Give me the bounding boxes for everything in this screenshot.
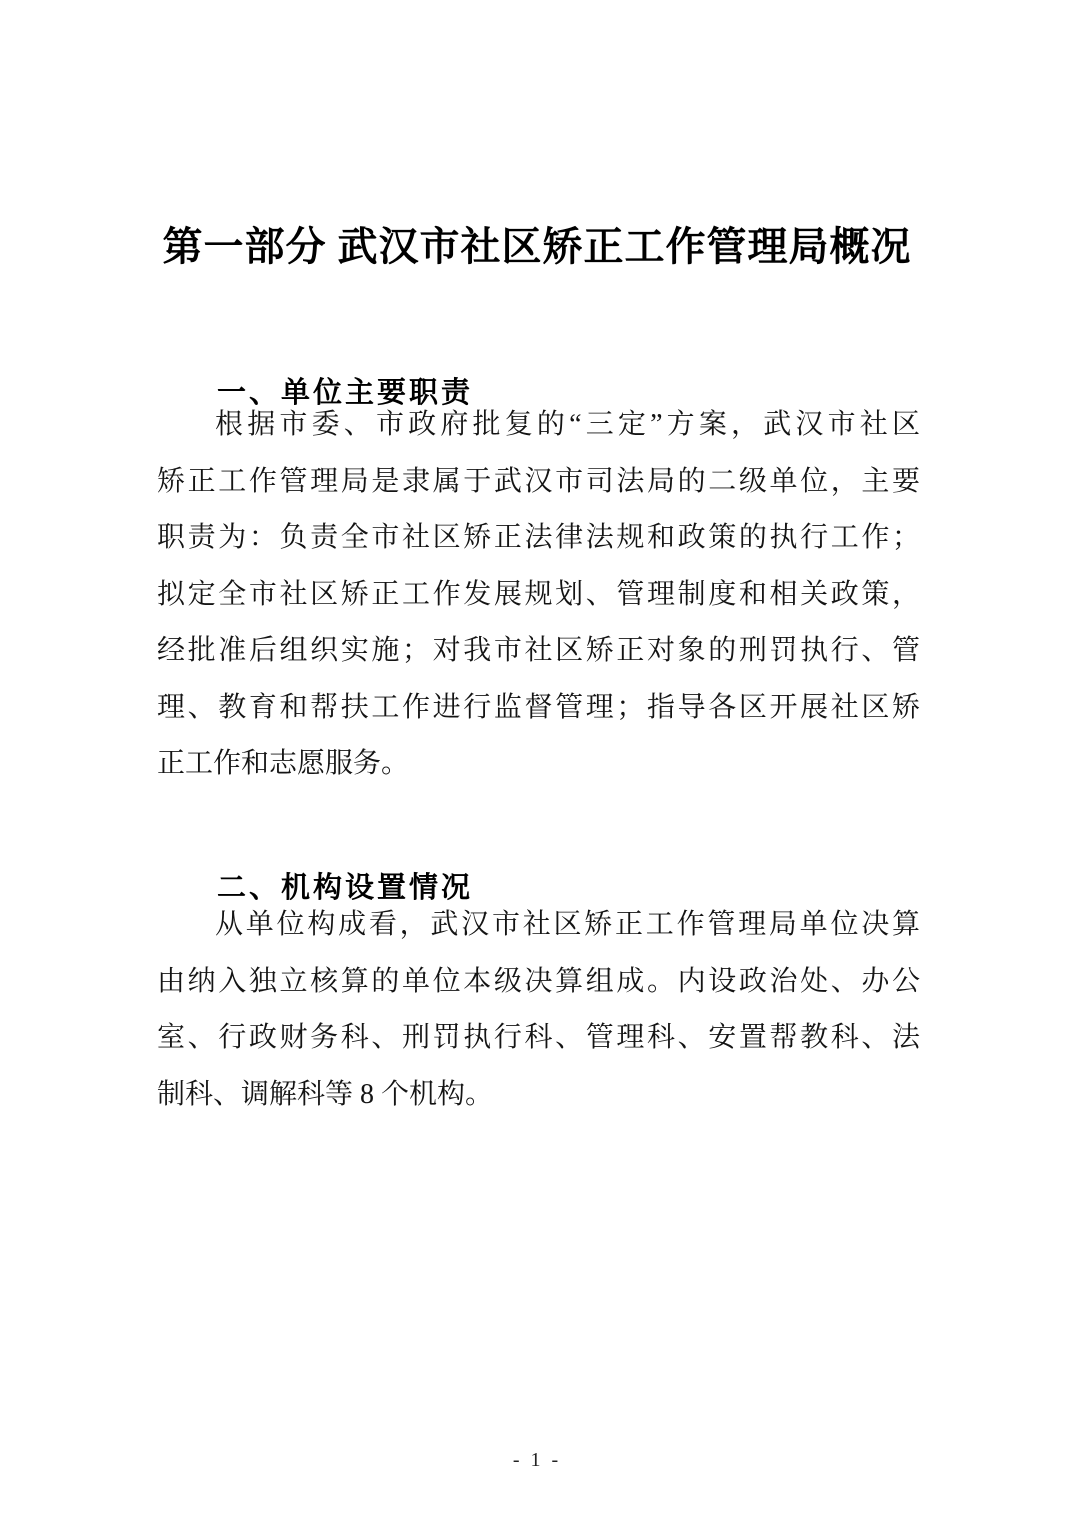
paragraph-line: 根据市委、市政府批复的“三定”方案，武汉市社区 (157, 397, 920, 454)
paragraph-line: 正工作和志愿服务。 (157, 736, 920, 793)
paragraph-line: 矫正工作管理局是隶属于武汉市司法局的二级单位，主要 (157, 454, 920, 511)
paragraph-line: 经批准后组织实施；对我市社区矫正对象的刑罚执行、管 (157, 623, 920, 680)
paragraph-line: 室、行政财务科、刑罚执行科、管理科、安置帮教科、法 (157, 1010, 920, 1067)
section-1-paragraph: 根据市委、市政府批复的“三定”方案，武汉市社区矫正工作管理局是隶属于武汉市司法局… (157, 397, 920, 793)
paragraph-line: 拟定全市社区矫正工作发展规划、管理制度和相关政策， (157, 567, 920, 624)
paragraph-line: 理、教育和帮扶工作进行监督管理；指导各区开展社区矫 (157, 680, 920, 737)
document-page: 第一部分 武汉市社区矫正工作管理局概况 一、单位主要职责 根据市委、市政府批复的… (0, 0, 1074, 1520)
paragraph-line: 职责为：负责全市社区矫正法律法规和政策的执行工作； (157, 510, 920, 567)
page-number: - 1 - (0, 1445, 1074, 1475)
paragraph-line: 从单位构成看，武汉市社区矫正工作管理局单位决算 (157, 897, 920, 954)
section-2-paragraph: 从单位构成看，武汉市社区矫正工作管理局单位决算由纳入独立核算的单位本级决算组成。… (157, 897, 920, 1123)
document-title: 第一部分 武汉市社区矫正工作管理局概况 (0, 222, 1074, 272)
paragraph-line: 由纳入独立核算的单位本级决算组成。内设政治处、办公 (157, 954, 920, 1011)
paragraph-line: 制科、调解科等 8 个机构。 (157, 1067, 920, 1124)
